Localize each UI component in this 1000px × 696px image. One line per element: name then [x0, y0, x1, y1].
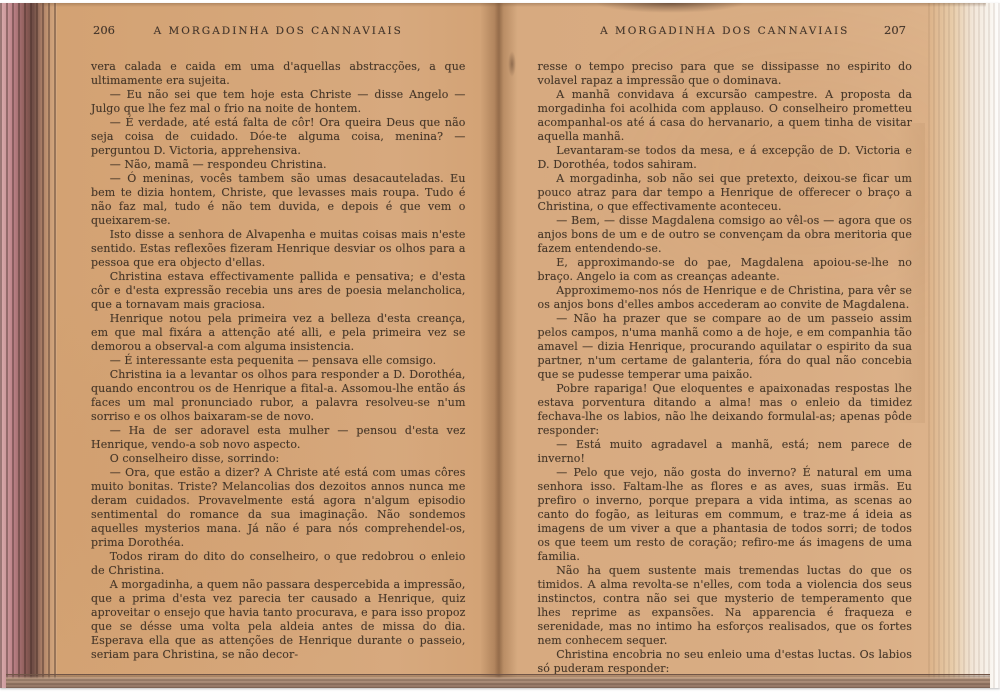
- paragraph: Christina encobria no seu enleio uma d'e…: [538, 648, 913, 676]
- left-fore-edge-pages: [0, 3, 57, 688]
- book-gutter: [480, 3, 518, 688]
- paragraph: Não ha quem sustente mais tremendas luct…: [538, 564, 913, 648]
- left-page: 206 A MORGADINHA DOS CANNAVIAIS vera cal…: [57, 3, 480, 688]
- paragraph: A morgadinha, sob não sei que pretexto, …: [538, 172, 913, 214]
- right-fore-edge-pages: [928, 3, 1000, 688]
- paragraph: — Está muito agradavel a manhã, está; ne…: [538, 438, 913, 466]
- paragraph: A morgadinha, a quem não passara desperc…: [91, 578, 466, 662]
- paragraph: Todos riram do dito do conselheiro, o qu…: [91, 550, 466, 578]
- right-running-title: A MORGADINHA DOS CANNAVIAIS: [538, 25, 913, 37]
- paragraph: — Não ha prazer que se compare ao de um …: [538, 312, 913, 382]
- paragraph: — Ha de ser adoravel esta mulher — penso…: [91, 424, 466, 452]
- paragraph: — Bem, — disse Magdalena comsigo ao vêl-…: [538, 214, 913, 256]
- bottom-page-edges: [6, 674, 990, 688]
- right-page-number: 207: [884, 23, 906, 37]
- open-book: 206 A MORGADINHA DOS CANNAVIAIS vera cal…: [0, 3, 1000, 688]
- paragraph: — É verdade, até está falta de côr! Ora …: [91, 116, 466, 158]
- paragraph: Christina ia a levantar os olhos para re…: [91, 368, 466, 424]
- paragraph: Isto disse a senhora de Alvapenha e muit…: [91, 228, 466, 270]
- paragraph: — Ora, que estão a dizer? A Christe até …: [91, 466, 466, 550]
- paragraph: — É interessante esta pequenita — pensav…: [91, 354, 466, 368]
- paragraph: A manhã convidava á excursão campestre. …: [538, 88, 913, 144]
- paragraph: Pobre rapariga! Que eloquentes e apaixon…: [538, 382, 913, 438]
- paragraph: — Pelo que vejo, não gosta do inverno? É…: [538, 466, 913, 564]
- right-page: A MORGADINHA DOS CANNAVIAIS 207 resse o …: [518, 3, 929, 688]
- paragraph: resse o tempo preciso para que se dissip…: [538, 60, 913, 88]
- paragraph: — Ó meninas, vocês tambem são umas desac…: [91, 172, 466, 228]
- paragraph: vera calada e caida em uma d'aquellas ab…: [91, 60, 466, 88]
- paragraph: Christina estava effectivamente pallida …: [91, 270, 466, 312]
- right-page-header: A MORGADINHA DOS CANNAVIAIS 207: [538, 23, 913, 41]
- right-page-text: resse o tempo preciso para que se dissip…: [538, 60, 913, 676]
- scanned-book-photo: 206 A MORGADINHA DOS CANNAVIAIS vera cal…: [0, 0, 1000, 696]
- paragraph: — Não, mamã — respondeu Christina.: [91, 158, 466, 172]
- paragraph: Henrique notou pela primeira vez a belle…: [91, 312, 466, 354]
- paragraph: Approximemo-nos nós de Henrique e de Chr…: [538, 284, 913, 312]
- paragraph: E, approximando-se do pae, Magdalena apo…: [538, 256, 913, 284]
- paragraph: Levantaram-se todos da mesa, e á excepçã…: [538, 144, 913, 172]
- paragraph: — Eu não sei que tem hoje esta Christe —…: [91, 88, 466, 116]
- top-page-edge-shadow: [40, 3, 986, 7]
- paragraph: O conselheiro disse, sorrindo:: [91, 452, 466, 466]
- left-page-header: 206 A MORGADINHA DOS CANNAVIAIS: [91, 23, 466, 41]
- left-page-text: vera calada e caida em uma d'aquellas ab…: [91, 60, 466, 662]
- left-running-title: A MORGADINHA DOS CANNAVIAIS: [91, 25, 466, 37]
